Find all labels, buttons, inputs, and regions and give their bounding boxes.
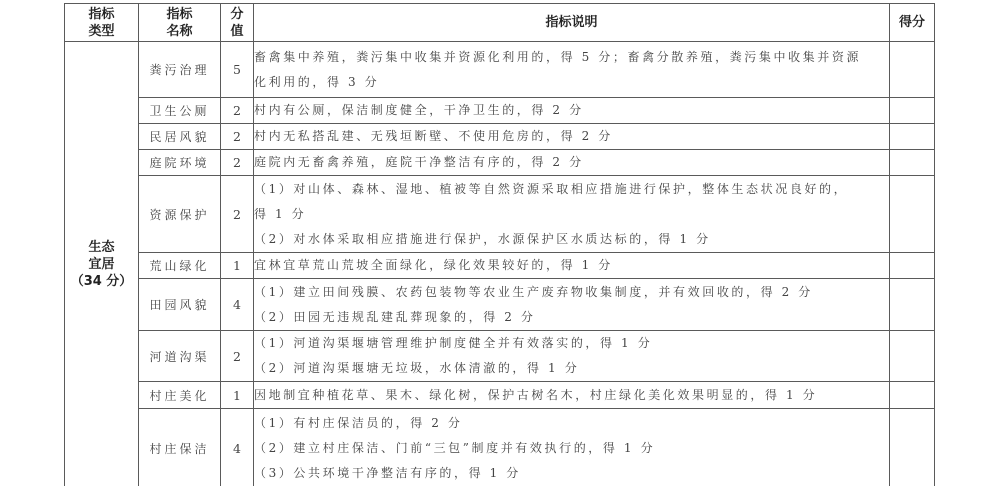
indicator-points: 1 [221,382,254,409]
indicator-points: 1 [221,253,254,279]
score-cell[interactable] [890,382,935,409]
indicator-points: 2 [221,150,254,176]
score-cell[interactable] [890,176,935,253]
score-cell[interactable] [890,331,935,382]
header-description: 指标说明 [254,4,890,42]
header-row: 指标 类型 指标 名称 分 值 指标说明 得分 [65,4,935,42]
table-row: 卫生公厕 2 村内有公厕，保洁制度健全，干净卫生的，得 2 分 [65,98,935,124]
indicator-points: 2 [221,176,254,253]
indicator-name: 田园风貌 [139,279,221,331]
table-row: 田园风貌 4 （1）建立田间残膜、农药包装物等农业生产废弃物收集制度，并有效回收… [65,279,935,331]
table-row: 荒山绿化 1 宜林宜草荒山荒坡全面绿化，绿化效果较好的，得 1 分 [65,253,935,279]
header-category: 指标 类型 [65,4,139,42]
indicator-name: 民居风貌 [139,124,221,150]
category-cell: 生态 宜居 （34 分） [65,42,139,486]
header-name: 指标 名称 [139,4,221,42]
table-row: 民居风貌 2 村内无私搭乱建、无残垣断壁、不使用危房的，得 2 分 [65,124,935,150]
table-row: 河道沟渠 2 （1）河道沟渠堰塘管理维护制度健全并有效落实的，得 1 分 （2）… [65,331,935,382]
header-score: 得分 [890,4,935,42]
table-row: 村庄保洁 4 （1）有村庄保洁员的，得 2 分 （2）建立村庄保洁、门前“三包”… [65,409,935,486]
indicator-description: （1）建立田间残膜、农药包装物等农业生产废弃物收集制度，并有效回收的，得 2 分… [254,279,890,331]
score-cell[interactable] [890,279,935,331]
score-cell[interactable] [890,253,935,279]
indicator-name: 粪污治理 [139,42,221,98]
indicator-points: 5 [221,42,254,98]
indicator-description: 畜禽集中养殖，粪污集中收集并资源化利用的，得 5 分；畜禽分散养殖，粪污集中收集… [254,42,890,98]
evaluation-table: 指标 类型 指标 名称 分 值 指标说明 得分 生态 宜居 （34 分） 粪污治… [64,3,935,486]
indicator-description: 庭院内无畜禽养殖，庭院干净整洁有序的，得 2 分 [254,150,890,176]
indicator-points: 2 [221,98,254,124]
table-row: 村庄美化 1 因地制宜种植花草、果木、绿化树，保护古树名木，村庄绿化美化效果明显… [65,382,935,409]
indicator-description: （1）有村庄保洁员的，得 2 分 （2）建立村庄保洁、门前“三包”制度并有效执行… [254,409,890,486]
indicator-description: 宜林宜草荒山荒坡全面绿化，绿化效果较好的，得 1 分 [254,253,890,279]
score-cell[interactable] [890,124,935,150]
indicator-description: 村内无私搭乱建、无残垣断壁、不使用危房的，得 2 分 [254,124,890,150]
score-cell[interactable] [890,42,935,98]
indicator-name: 庭院环境 [139,150,221,176]
indicator-description: 因地制宜种植花草、果木、绿化树，保护古树名木，村庄绿化美化效果明显的，得 1 分 [254,382,890,409]
indicator-points: 2 [221,124,254,150]
indicator-description: （1）河道沟渠堰塘管理维护制度健全并有效落实的，得 1 分 （2）河道沟渠堰塘无… [254,331,890,382]
table-row: 生态 宜居 （34 分） 粪污治理 5 畜禽集中养殖，粪污集中收集并资源化利用的… [65,42,935,98]
indicator-name: 河道沟渠 [139,331,221,382]
table-row: 庭院环境 2 庭院内无畜禽养殖，庭院干净整洁有序的，得 2 分 [65,150,935,176]
indicator-name: 村庄保洁 [139,409,221,486]
score-cell[interactable] [890,409,935,486]
score-cell[interactable] [890,98,935,124]
indicator-name: 资源保护 [139,176,221,253]
score-cell[interactable] [890,150,935,176]
table-row: 资源保护 2 （1）对山体、森林、湿地、植被等自然资源采取相应措施进行保护，整体… [65,176,935,253]
header-points: 分 值 [221,4,254,42]
indicator-points: 4 [221,409,254,486]
indicator-description: 村内有公厕，保洁制度健全，干净卫生的，得 2 分 [254,98,890,124]
indicator-name: 荒山绿化 [139,253,221,279]
indicator-points: 4 [221,279,254,331]
indicator-description: （1）对山体、森林、湿地、植被等自然资源采取相应措施进行保护，整体生态状况良好的… [254,176,890,253]
indicator-points: 2 [221,331,254,382]
indicator-name: 卫生公厕 [139,98,221,124]
indicator-name: 村庄美化 [139,382,221,409]
